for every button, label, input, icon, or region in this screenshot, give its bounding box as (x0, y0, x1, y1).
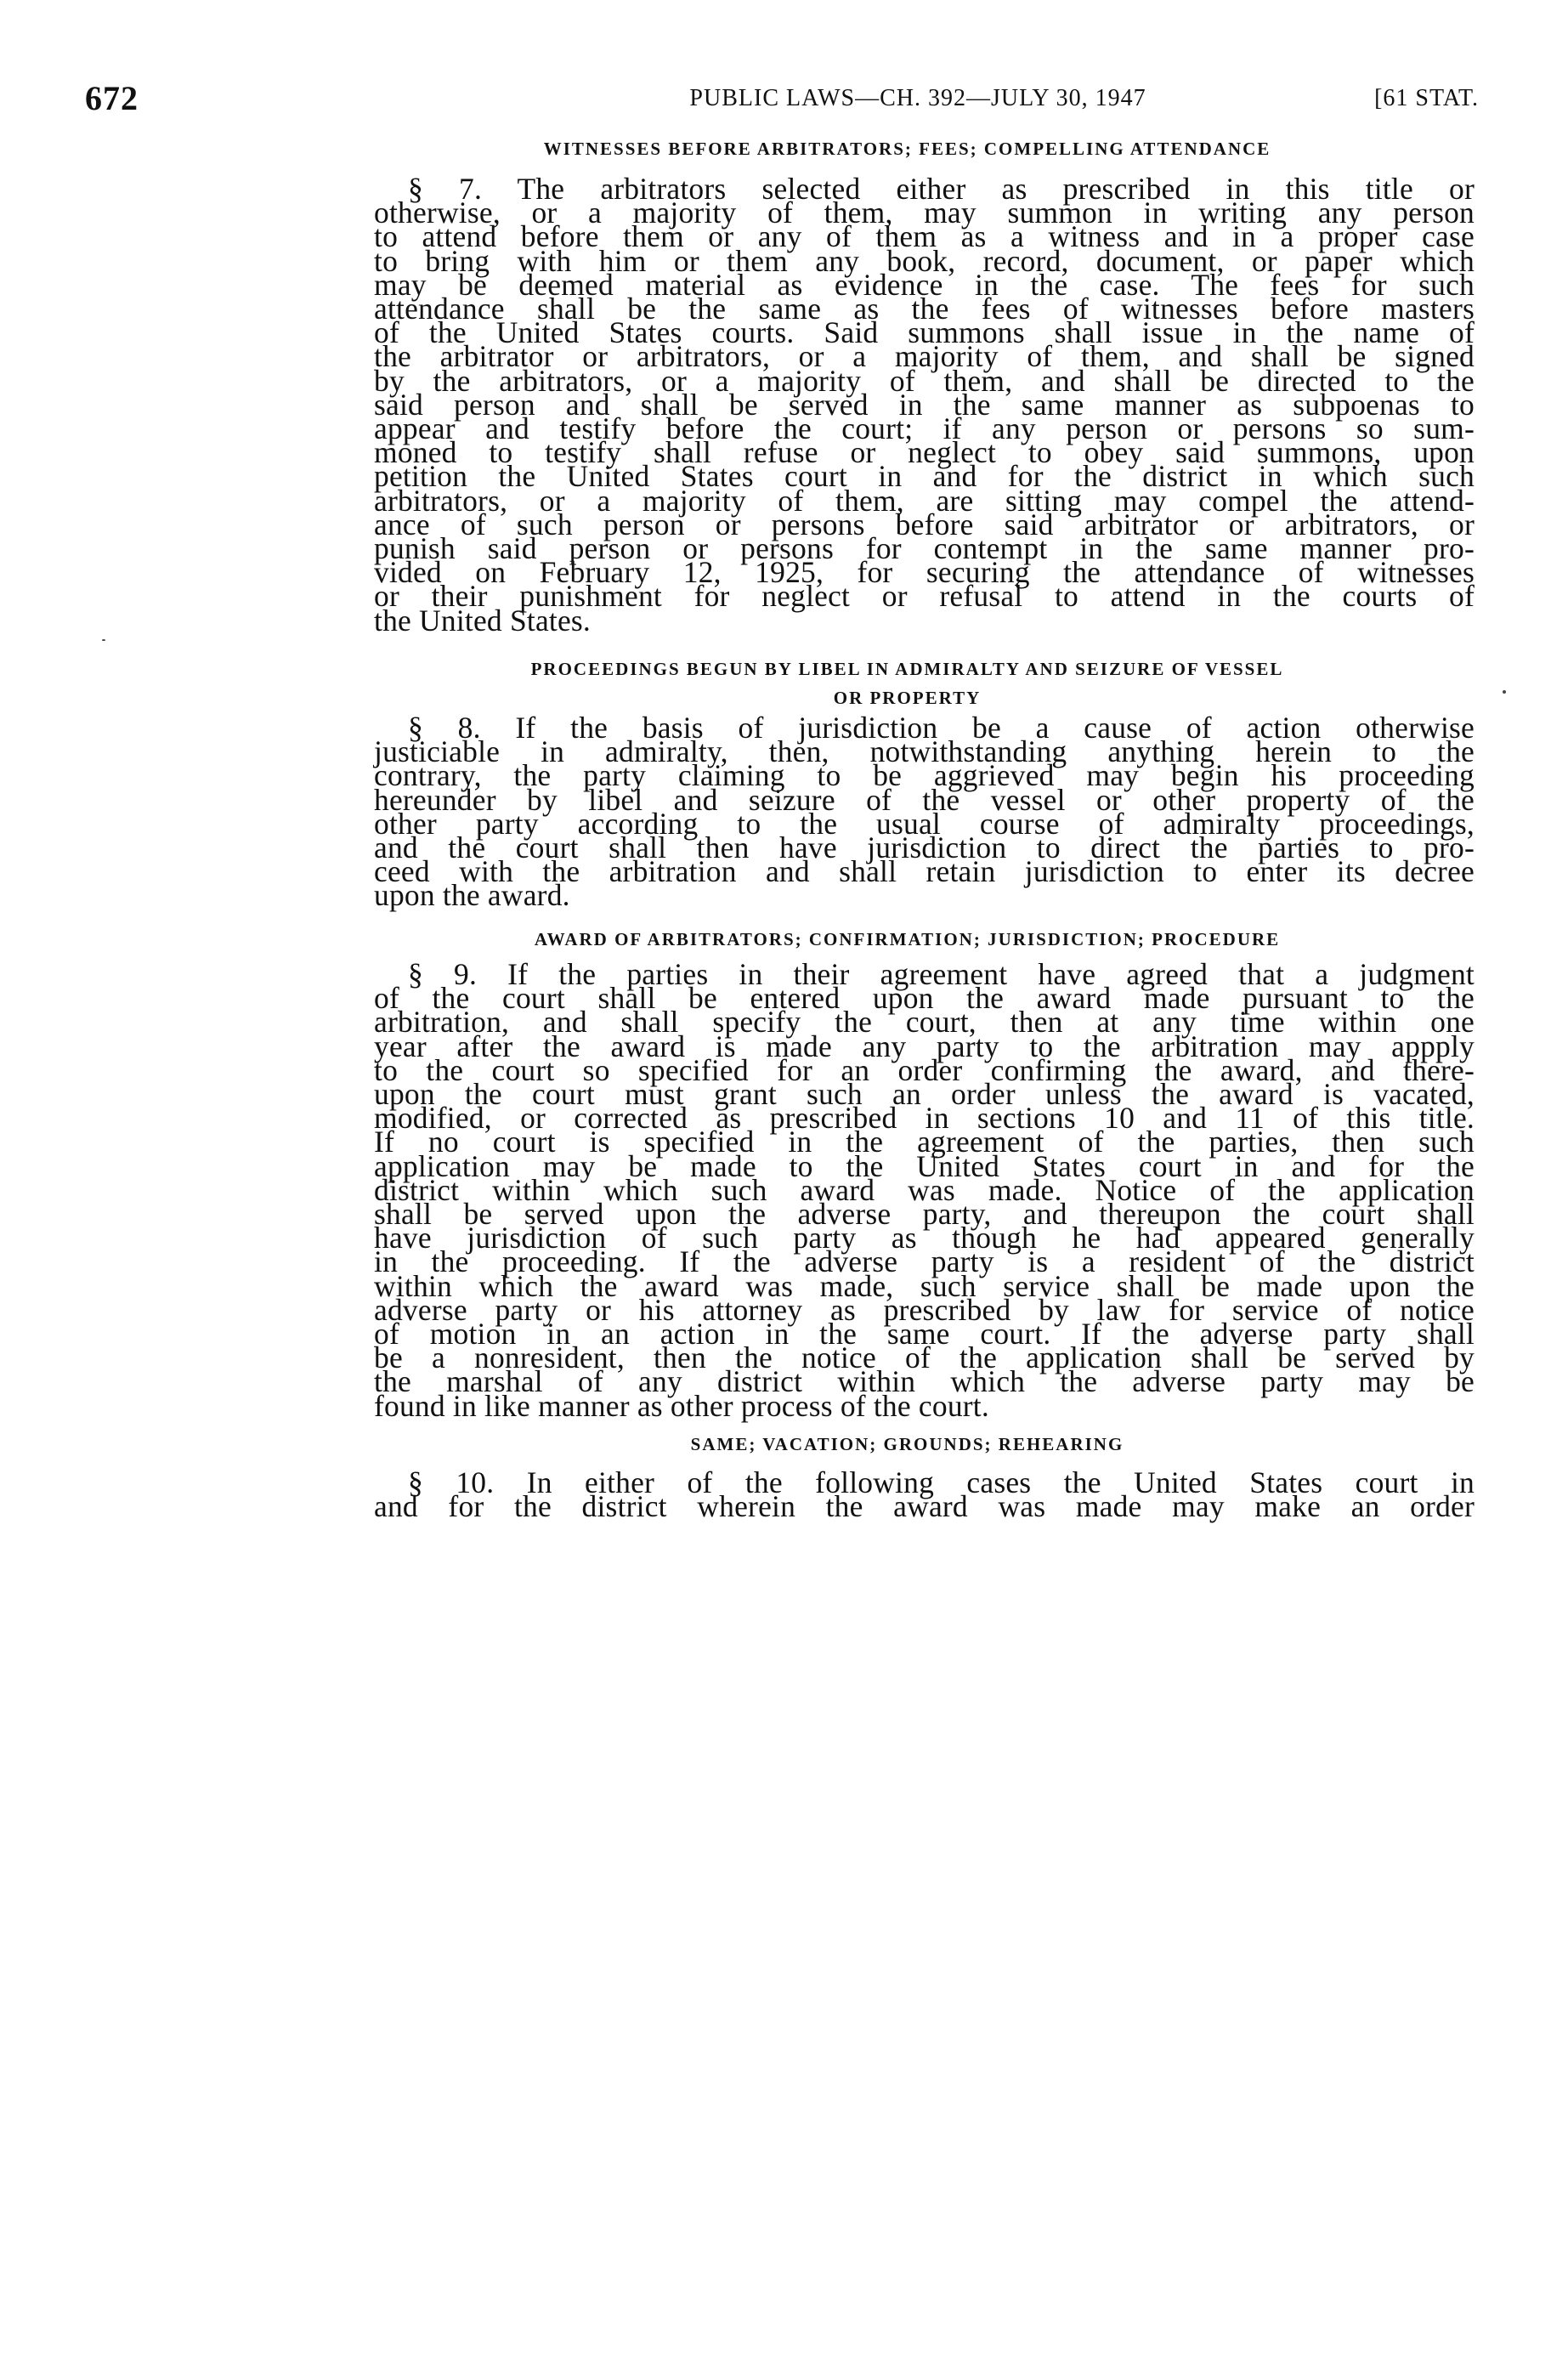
section-heading-7: WITNESSES BEFORE ARBITRATORS; FEES; COMP… (340, 134, 1475, 163)
section-heading-8: PROCEEDINGS BEGUN BY LIBEL IN ADMIRALTY … (340, 655, 1475, 712)
section-body-7: § 7. The arbitrators selected either as … (340, 177, 1475, 632)
heading-line: OR PROPERTY (340, 683, 1475, 712)
section-body-8: § 8. If the basis of jurisdiction be a c… (340, 716, 1475, 908)
heading-line: PROCEEDINGS BEGUN BY LIBEL IN ADMIRALTY … (340, 655, 1475, 683)
text-line: and for the district wherein the award w… (340, 1494, 1475, 1518)
scan-speck (102, 639, 105, 641)
section-heading-9: AWARD OF ARBITRATORS; CONFIRMATION; JURI… (340, 925, 1475, 954)
section-heading-10: SAME; VACATION; GROUNDS; REHEARING (340, 1430, 1475, 1459)
page-number: 672 (85, 78, 139, 118)
section-body-9: § 9. If the parties in their agreement h… (340, 962, 1475, 1418)
running-head: PUBLIC LAWS—CH. 392—JULY 30, 1947 (595, 85, 1241, 112)
statute-reference: [61 STAT. (1343, 85, 1479, 112)
section-body-10: § 10. In either of the following cases t… (340, 1471, 1475, 1518)
scan-speck (1503, 690, 1506, 694)
